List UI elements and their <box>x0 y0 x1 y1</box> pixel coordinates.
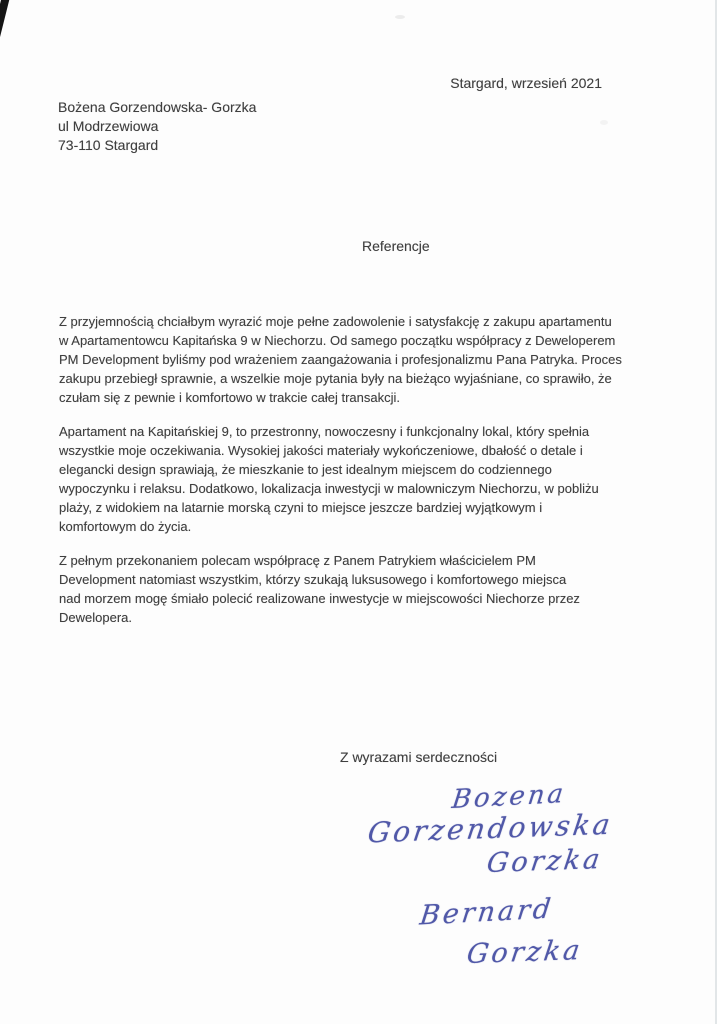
scanned-letter-page: Stargard, wrzesień 2021 Bożena Gorzendow… <box>0 0 717 1024</box>
letter-title: Referencje <box>362 238 430 254</box>
letter-paragraph-2: Apartament na Kapitańskiej 9, to przestr… <box>59 422 599 536</box>
signature-bozena-line-2: Gorzendowska <box>366 808 615 850</box>
scan-smudge <box>600 120 608 125</box>
scan-smudge <box>395 15 405 19</box>
signature-bozena-line-3: Gorzka <box>485 844 605 879</box>
letter-paragraph-3: Z pełnym przekonaniem polecam współpracę… <box>59 551 580 627</box>
sender-address-block: Bożena Gorzendowska- Gorzka ul Modrzewio… <box>58 98 256 155</box>
sender-city: 73-110 Stargard <box>58 136 256 155</box>
signature-bernard-line-2: Gorzka <box>465 935 585 970</box>
scan-corner-artifact <box>0 0 10 45</box>
signature-bernard-line-1: Bernard <box>418 893 555 931</box>
sender-street: ul Modrzewiowa <box>58 117 256 136</box>
letter-dateline: Stargard, wrzesień 2021 <box>450 75 602 91</box>
sender-name: Bożena Gorzendowska- Gorzka <box>58 98 256 117</box>
letter-paragraph-1: Z przyjemnością chciałbym wyrazić moje p… <box>59 312 622 407</box>
letter-closing: Z wyrazami serdeczności <box>340 749 497 765</box>
